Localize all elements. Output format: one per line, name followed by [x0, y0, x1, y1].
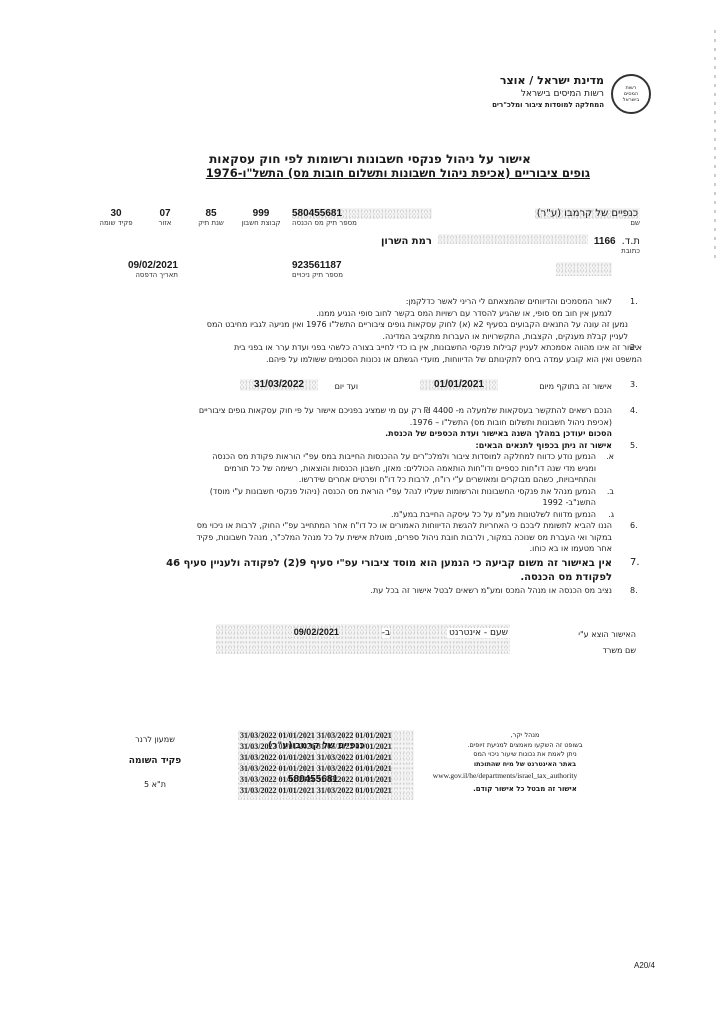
tax-authority-seal-icon: רשות המסים בישראל: [611, 74, 651, 114]
header-department: המחלקה למוסדות ציבור ומלכ"רים: [404, 100, 604, 110]
field-address: ת.ד. 1166 רמת השרון כתובת: [300, 234, 640, 255]
address-city: רמת השרון: [381, 236, 432, 247]
branch-label: אזור: [150, 219, 180, 227]
header-authority: רשות המיסים בישראל: [404, 88, 604, 100]
redacted-area: [556, 262, 612, 276]
field-account-group: 999 קבוצת חשבון: [236, 208, 286, 227]
signer-office: ת"א 5: [110, 780, 200, 789]
field-clerk: 30 פקיד שומה: [96, 208, 136, 227]
office-label: שם משרד: [602, 645, 636, 657]
title-line-1: אישור על ניהול פנקסי חשבונות ורשומות לפי…: [150, 152, 590, 166]
document-title: אישור על ניהול פנקסי חשבונות ורשומות לפי…: [150, 152, 590, 180]
page-code: A20/4: [634, 961, 655, 970]
name-value: כנפיים של קרמבו (ע"ר): [535, 208, 640, 219]
verification-notice: מנהל יקר, בשופט זה השקעו מאמצים למניעת ז…: [440, 731, 610, 794]
clause-1: .1 לאור המסמכים והדיווחים שהמצאתם לי הרי…: [84, 296, 648, 342]
clause-5b: ב. הנמען מנהל את פנקסי החשבונות והרשומות…: [84, 486, 596, 509]
stamp-row: 31/03/2022 01/01/2021 31/03/2022 01/01/2…: [240, 752, 414, 763]
clause-4: .4 הנכם רשאים להתקשר בעסקאות שלמעלה מ- 4…: [84, 405, 648, 440]
clause-5c: ג. הנמען מדווח לשלטונות מע"מ על כל עיסקה…: [84, 509, 596, 521]
clerk-value: 30: [96, 208, 136, 219]
stamp-overlay-number: 580455681: [288, 774, 338, 785]
address-po: 1166: [594, 236, 616, 247]
title-line-2: גופים ציבוריים (אכיפת ניהול חשבונות ותשל…: [150, 166, 590, 180]
clauses: .1 לאור המסמכים והדיווחים שהמצאתם לי הרי…: [84, 296, 648, 596]
file-year-label: שנת תיק: [196, 219, 226, 227]
clerk-label: פקיד שומה: [96, 219, 136, 227]
field-name: כנפיים של קרמבו (ע"ר) שם: [535, 208, 640, 227]
file-year-value: 85: [196, 208, 226, 219]
branch-value: 07: [150, 208, 180, 219]
header-ministry: מדינת ישראל / אוצר: [404, 74, 604, 88]
file-no-label: מספר תיק מס הכנסה: [292, 219, 432, 227]
address-redacted: [438, 234, 588, 244]
margin-scan-marks: [714, 30, 716, 260]
clause-8: .8 נציב מס הכנסה או מנהל המכס ומע"מ רשאי…: [84, 585, 648, 597]
tax-authority-link[interactable]: www.gov.il/he/departments/israel_tax_aut…: [400, 771, 610, 781]
clause-5: .5 אישור זה ניתן בכפוף לתנאים הבאים: א. …: [84, 440, 648, 521]
valid-to-date: 31/03/2022: [240, 379, 318, 391]
cancel-note: אישור זה מבטל כל אישור קודם.: [440, 785, 610, 795]
signer-role: פקיד השומה: [110, 756, 200, 766]
stamp-row: 31/03/2022 01/01/2021 31/03/2022 01/01/2…: [240, 785, 414, 796]
stamp-row: 31/03/2022 01/01/2021 31/03/2022 01/01/2…: [240, 763, 414, 774]
issued-by-label: האישור הוצא ע"י: [578, 629, 636, 641]
print-date-label: תאריך הדפסה: [98, 271, 178, 279]
issued-by-value: שעם - אינטרנט: [447, 628, 510, 638]
account-group-label: קבוצת חשבון: [236, 219, 286, 227]
stamp-overlay-name: כנפיים של קרמבו(ע"ר): [268, 741, 365, 751]
clause-6: .6 הננו להביא לתשומת ליבכם כי האחריות לה…: [84, 520, 648, 555]
issued-line: שעם - אינטרנט ב- 09/02/2021: [240, 627, 510, 638]
file-no-value: 580455681: [292, 208, 432, 219]
signature-block: שמעון לרנר פקיד השומה ת"א 5: [110, 734, 200, 789]
field-file-year: 85 שנת תיק: [196, 208, 226, 227]
stamp-row: 31/03/2022 01/01/2021 31/03/2022 01/01/2…: [240, 730, 414, 741]
field-deductions-file: 923561187 מספר תיק ניכויים: [292, 260, 432, 279]
address-prefix: ת.ד.: [622, 236, 640, 247]
print-date-value: 09/02/2021: [98, 260, 178, 271]
signer-name: שמעון לרנר: [110, 734, 200, 746]
account-group-value: 999: [236, 208, 286, 219]
clause-7: .7 אין באישור זה משום קביעה כי הנמען הוא…: [84, 557, 648, 585]
clause-3: .3 אישור זה בתוקף מיום 01/01/2021 ועד יו…: [84, 379, 648, 395]
field-print-date: 09/02/2021 תאריך הדפסה: [98, 260, 178, 279]
valid-from-date: 01/01/2021: [420, 379, 498, 391]
field-branch: 07 אזור: [150, 208, 180, 227]
clause-5a: א. הנמען נודע כדווח למחלקה למוסדות ציבור…: [84, 451, 596, 486]
approval-stamp: 31/03/2022 01/01/2021 31/03/2022 01/01/2…: [238, 730, 414, 800]
authority-header: מדינת ישראל / אוצר רשות המיסים בישראל המ…: [404, 74, 604, 110]
address-label: כתובת: [300, 247, 640, 255]
field-file-no: 580455681 מספר תיק מס הכנסה: [292, 208, 432, 227]
deductions-file-value: 923561187: [292, 260, 432, 271]
clause-2: .2 אישור זה אינו מהווה אסמכתא לעניין קבי…: [84, 342, 648, 365]
issued-at-label: ב-: [382, 628, 390, 638]
deductions-file-label: מספר תיק ניכויים: [292, 271, 432, 279]
issued-date: 09/02/2021: [294, 627, 339, 637]
name-label: שם: [535, 219, 640, 227]
